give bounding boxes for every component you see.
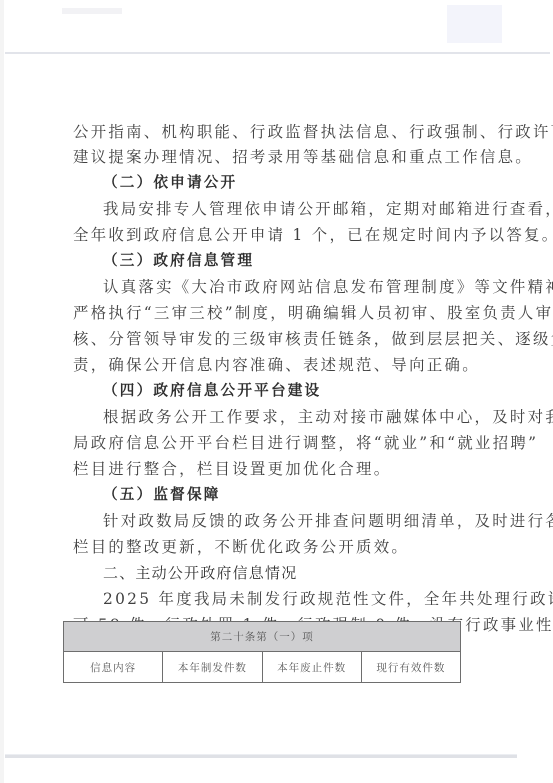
column-header-info-content: 信息内容 — [64, 652, 163, 683]
paragraph-line: 栏目的整改更新，不断优化政务公开质效。 — [73, 537, 409, 557]
paragraph-line: 2025 年度我局未制发行政规范性文件，全年共处理行政许 — [103, 589, 553, 609]
section-heading-proactive-disclosure: 二、主动公开政府信息情况 — [103, 563, 297, 583]
paragraph-line: 根据政务公开工作要求，主动对接市融媒体中心，及时对我 — [103, 407, 553, 427]
subheading-platform-construction: （四）政府信息公开平台建设 — [103, 381, 321, 401]
disclosure-table: 第二十条第（一）项 信息内容 本年制发件数 本年废止件数 现行有效件数 — [63, 621, 461, 683]
column-header-currently-valid: 现行有效件数 — [361, 652, 460, 683]
scan-header-mark — [62, 8, 122, 14]
paragraph-line: 我局安排专人管理依申请公开邮箱，定期对邮箱进行查看， — [103, 199, 553, 219]
table-header-row: 信息内容 本年制发件数 本年废止件数 现行有效件数 — [64, 652, 461, 683]
paragraph-line: 栏目进行整合，栏目设置更加优化合理。 — [73, 459, 391, 479]
table-title-cell: 第二十条第（一）项 — [64, 622, 461, 652]
paragraph-line: 认真落实《大冶市政府网站信息发布管理制度》等文件精神， — [103, 277, 553, 297]
header-rule — [5, 52, 550, 54]
footer-rule — [5, 754, 517, 758]
paragraph-line: 针对政数局反馈的政务公开排查问题明细清单，及时进行各 — [103, 511, 553, 531]
paragraph-line: 局政府信息公开平台栏目进行调整，将“就业”和“就业招聘” — [73, 433, 538, 453]
subheading-supervision: （五）监督保障 — [103, 485, 221, 505]
subheading-request-disclosure: （二）依申请公开 — [103, 173, 237, 193]
subheading-info-management: （三）政府信息管理 — [103, 251, 254, 271]
paragraph-line: 核、分管领导审发的三级审核责任链条，做到层层把关、逐级负 — [73, 329, 553, 349]
scan-stamp-mark — [447, 5, 502, 43]
paragraph-line: 公开指南、机构职能、行政监督执法信息、行政强制、行政许可、 — [73, 122, 553, 142]
column-header-repealed-this-year: 本年废止件数 — [262, 652, 361, 683]
paragraph-line: 建议提案办理情况、招考录用等基础信息和重点工作信息。 — [73, 147, 533, 167]
scan-left-edge — [0, 0, 4, 783]
paragraph-line: 严格执行“三审三校”制度，明确编辑人员初审、股室负责人审 — [73, 303, 553, 323]
paragraph-line: 全年收到政府信息公开申请 1 个，已在规定时间内予以答复。 — [73, 225, 553, 245]
table-title-row: 第二十条第（一）项 — [64, 622, 461, 652]
column-header-issued-this-year: 本年制发件数 — [163, 652, 262, 683]
paragraph-line: 责，确保公开信息内容准确、表述规范、导向正确。 — [73, 355, 480, 375]
